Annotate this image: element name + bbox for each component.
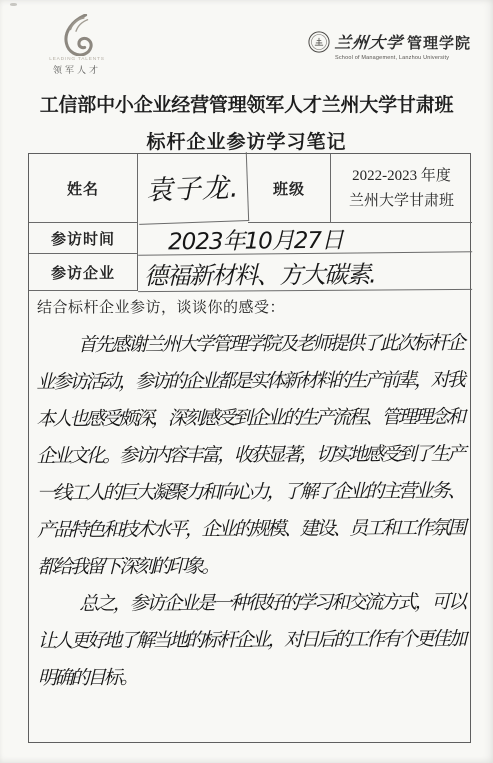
university-name: 兰州大学 <box>334 30 404 53</box>
name-label: 姓名 <box>29 154 138 223</box>
visit-company-value-handwritten: 德福新材料、方大碳素. <box>138 253 472 292</box>
impressions-essay-handwritten: 首先感谢兰州大学管理学院及老师提供了此次标杆企业参访活动，参访的企业都是实体新材… <box>36 325 465 697</box>
class-value-name: 兰州大学甘肃班 <box>349 193 454 209</box>
logo-caption-zh: 领军人才 <box>42 63 112 76</box>
department-name: 管理学院 <box>407 36 471 52</box>
impressions-section: 结合标杆企业参访，谈谈你的感受： 首先感谢兰州大学管理学院及老师提供了此次标杆企… <box>29 291 472 742</box>
class-label: 班级 <box>248 154 331 223</box>
document-title: 工信部中小企业经营管理领军人才兰州大学甘肃班 标杆企业参访学习笔记 <box>0 90 493 154</box>
class-value-year: 2022-2023 年度 <box>352 168 451 184</box>
visit-time-label: 参访时间 <box>29 223 138 254</box>
leading-talents-logo: LEADING TALENTS 领军人才 <box>42 14 112 76</box>
school-of-management-logo: 兰州大学 管理学院 School of Management, Lanzhou … <box>308 30 471 61</box>
logo-caption-en: LEADING TALENTS <box>49 57 105 62</box>
essay-paragraph-1: 首先感谢兰州大学管理学院及老师提供了此次标杆企业参访活动，参访的企业都是实体新材… <box>36 325 464 586</box>
scan-artifact <box>10 3 17 6</box>
visit-time-value-handwritten: 2023年10月27日 <box>138 221 472 255</box>
visit-company-label: 参访企业 <box>29 254 138 291</box>
school-name-english: School of Management, Lanzhou University <box>335 55 460 61</box>
class-value: 2022-2023 年度 兰州大学甘肃班 <box>331 154 472 223</box>
visit-notes-form-table: 姓名 袁子龙. 班级 2022-2023 年度 兰州大学甘肃班 参访时间 202… <box>28 153 471 743</box>
title-line-1: 工信部中小企业经营管理领军人才兰州大学甘肃班 <box>0 90 493 117</box>
university-seal-icon <box>308 31 330 53</box>
impressions-prompt: 结合标杆企业参访，谈谈你的感受： <box>37 296 464 317</box>
name-value-handwritten: 袁子龙. <box>137 152 249 225</box>
essay-paragraph-2: 总之，参访企业是一种很好的学习和交流方式，可以让人更好地了解当地的标杆企业，对日… <box>37 584 465 697</box>
flame-icon <box>58 14 96 56</box>
title-line-2: 标杆企业参访学习笔记 <box>0 127 493 154</box>
scanned-document-page: LEADING TALENTS 领军人才 兰州大学 管理学院 School of… <box>0 0 493 763</box>
